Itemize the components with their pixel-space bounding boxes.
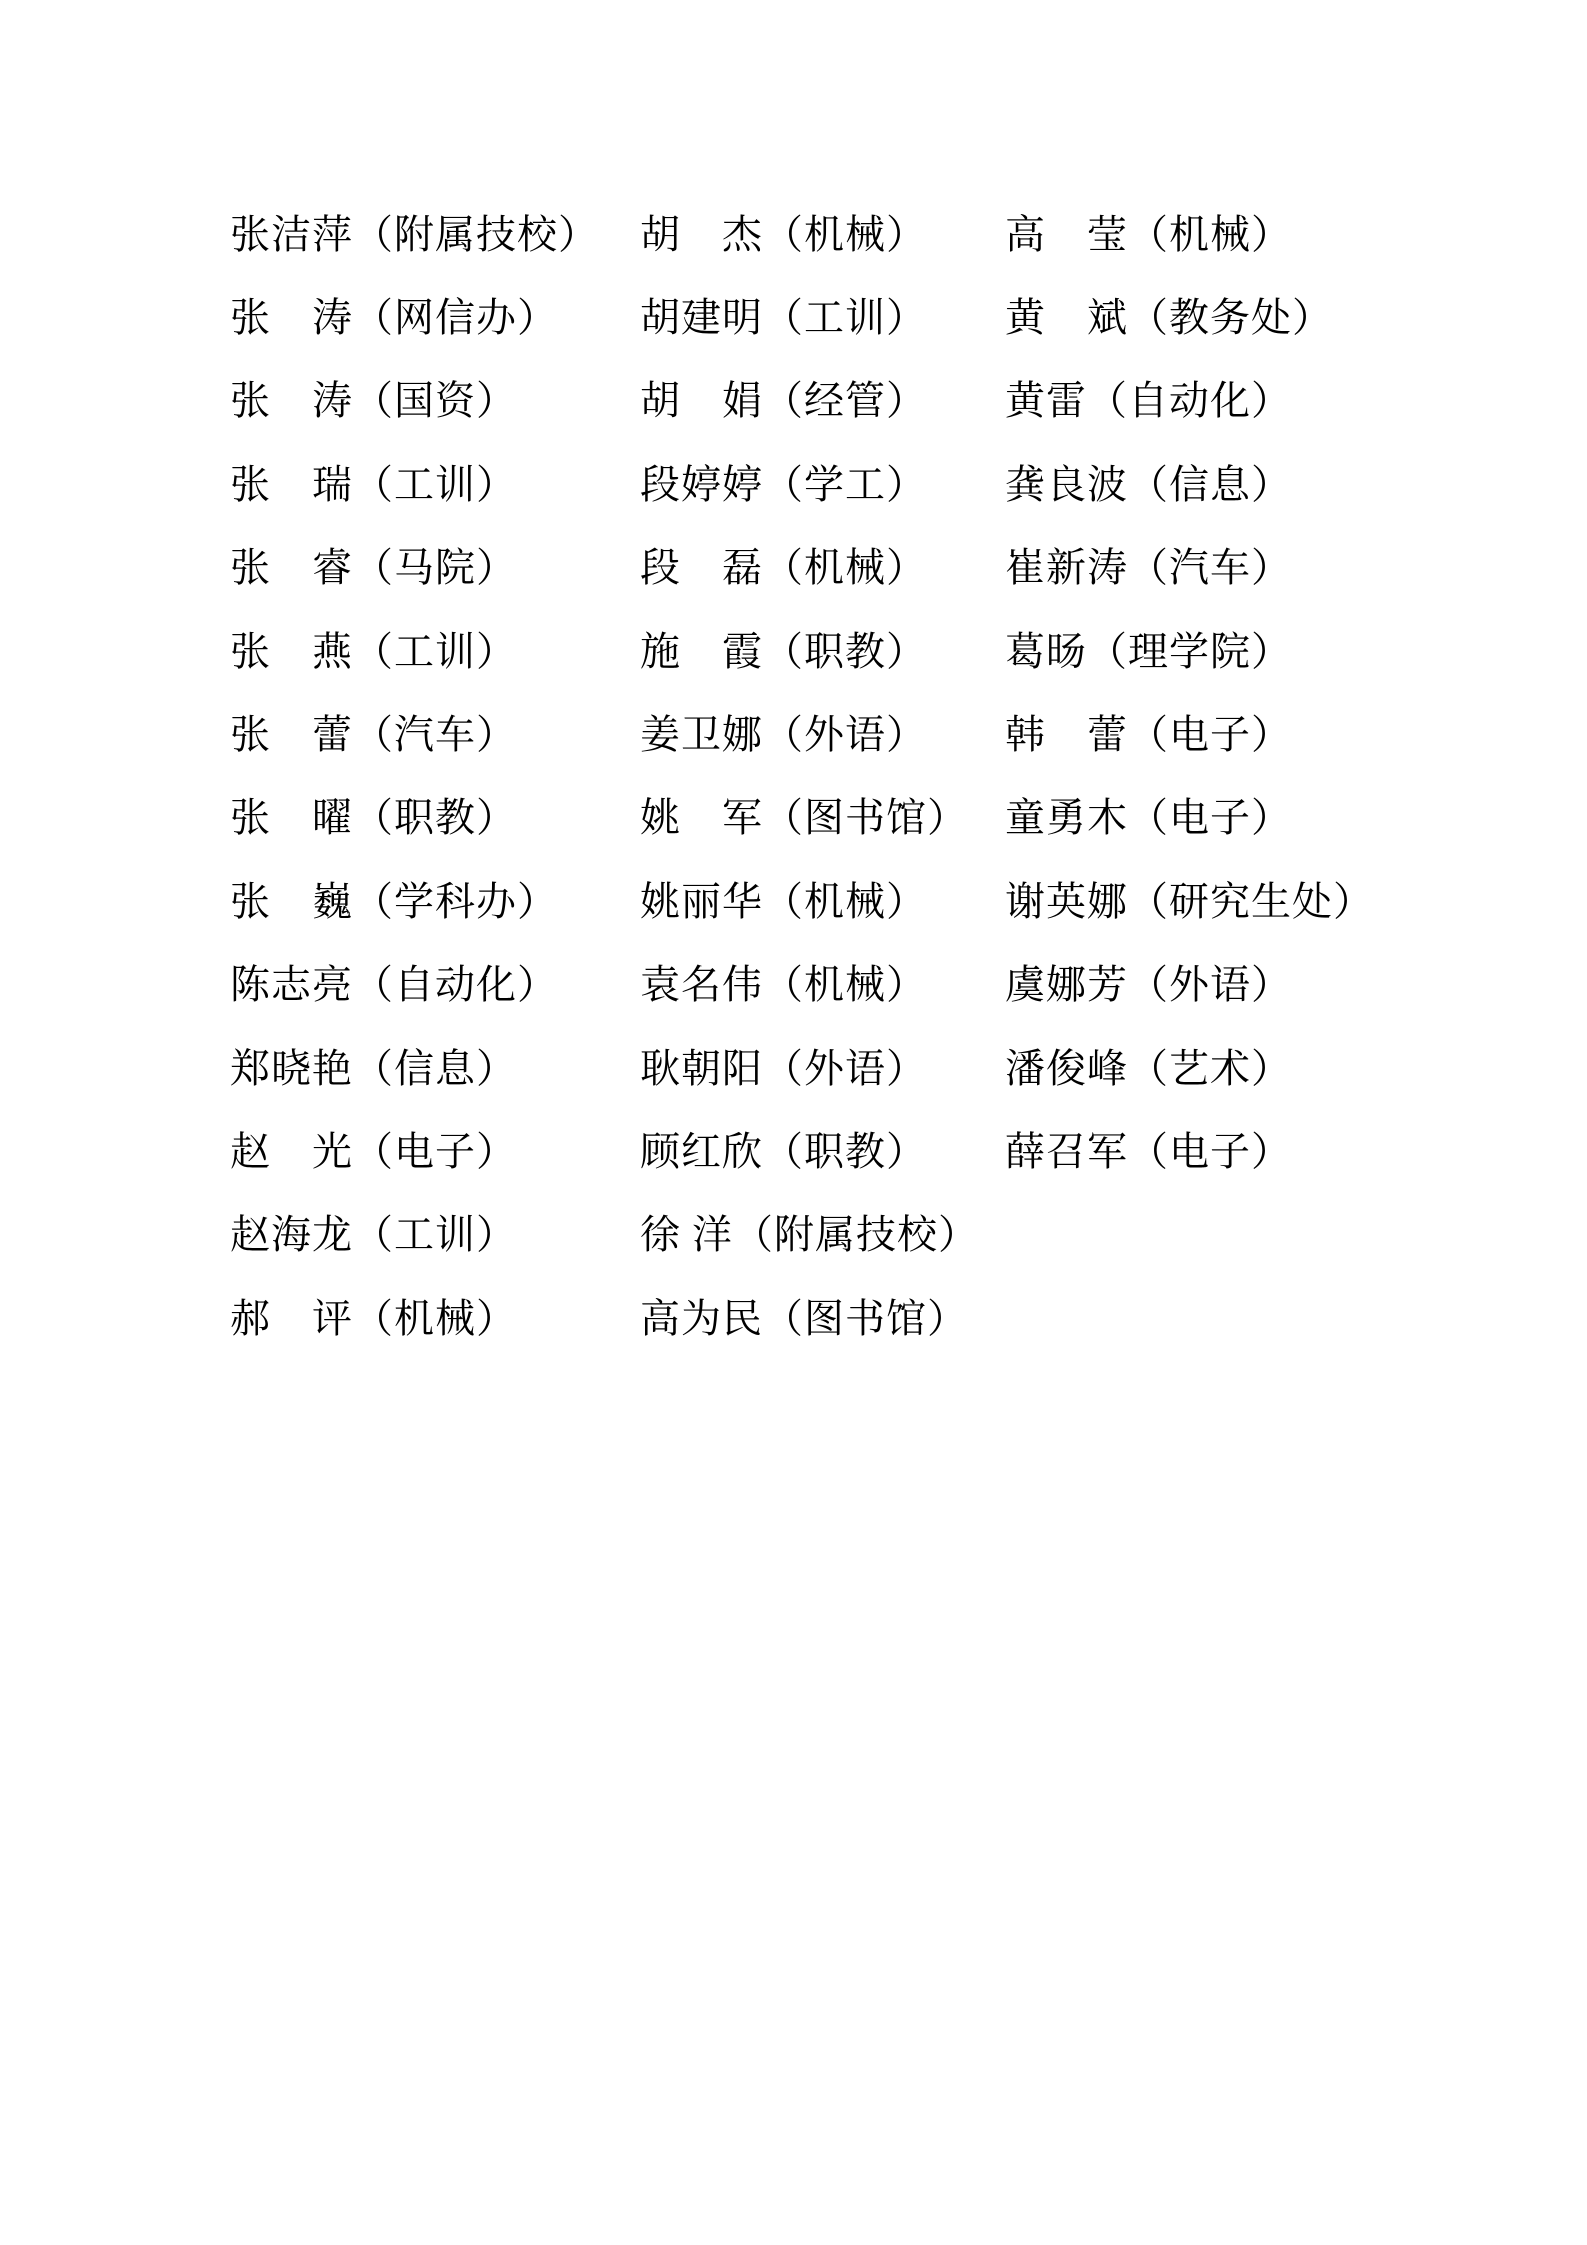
roster-entry: 高为民（图书馆） — [640, 1299, 1005, 1339]
roster-entry: 张 睿（马院） — [230, 548, 640, 588]
roster-entry: 徐 洋（附属技校） — [640, 1215, 1005, 1255]
roster-entry: 胡建明（工训） — [640, 298, 1005, 338]
roster-row: 张 涛（国资）胡 娟（经管）黄雷（自动化） — [230, 360, 1587, 443]
roster-entry: 张 涛（网信办） — [230, 298, 640, 338]
roster-entry: 郝 评（机械） — [230, 1299, 640, 1339]
roster-entry: 郑晓艳（信息） — [230, 1049, 640, 1089]
roster-entry: 龚良波（信息） — [1005, 465, 1292, 505]
roster-row: 张 燕（工训）施 霞（职教）葛旸（理学院） — [230, 610, 1587, 693]
roster-row: 张 蕾（汽车）姜卫娜（外语）韩 蕾（电子） — [230, 693, 1587, 776]
roster-entry: 虞娜芳（外语） — [1005, 965, 1292, 1005]
roster-row: 张 涛（网信办）胡建明（工训）黄 斌（教务处） — [230, 276, 1587, 359]
roster-entry: 张 燕（工训） — [230, 632, 640, 672]
roster-entry: 潘俊峰（艺术） — [1005, 1049, 1292, 1089]
roster-entry: 张 瑞（工训） — [230, 465, 640, 505]
roster-entry: 薛召军（电子） — [1005, 1132, 1292, 1172]
roster-entry: 姚丽华（机械） — [640, 882, 1005, 922]
roster-row: 赵 光（电子）顾红欣（职教）薛召军（电子） — [230, 1110, 1587, 1193]
roster-entry: 姜卫娜（外语） — [640, 715, 1005, 755]
document-page: 张洁萍（附属技校）胡 杰（机械）高 莹（机械）张 涛（网信办）胡建明（工训）黄 … — [0, 0, 1587, 2245]
roster-entry: 张 蕾（汽车） — [230, 715, 640, 755]
roster-row: 赵海龙（工训）徐 洋（附属技校） — [230, 1194, 1587, 1277]
roster-entry: 施 霞（职教） — [640, 632, 1005, 672]
roster-row: 陈志亮（自动化）袁名伟（机械）虞娜芳（外语） — [230, 944, 1587, 1027]
roster-entry: 高 莹（机械） — [1005, 215, 1292, 255]
roster-entry: 段婷婷（学工） — [640, 465, 1005, 505]
roster-row: 张 瑞（工训）段婷婷（学工）龚良波（信息） — [230, 443, 1587, 526]
roster-entry: 张 涛（国资） — [230, 381, 640, 421]
roster-entry: 黄雷（自动化） — [1005, 381, 1292, 421]
roster-entry: 崔新涛（汽车） — [1005, 548, 1292, 588]
roster-entry: 姚 军（图书馆） — [640, 798, 1005, 838]
roster-entry: 童勇木（电子） — [1005, 798, 1292, 838]
roster-row: 张 睿（马院）段 磊（机械）崔新涛（汽车） — [230, 527, 1587, 610]
roster-entry: 胡 杰（机械） — [640, 215, 1005, 255]
roster-entry: 韩 蕾（电子） — [1005, 715, 1292, 755]
roster-entry: 赵 光（电子） — [230, 1132, 640, 1172]
roster-row: 郑晓艳（信息）耿朝阳（外语）潘俊峰（艺术） — [230, 1027, 1587, 1110]
roster-entry: 胡 娟（经管） — [640, 381, 1005, 421]
roster-row: 张 曜（职教）姚 军（图书馆）童勇木（电子） — [230, 777, 1587, 860]
name-roster: 张洁萍（附属技校）胡 杰（机械）高 莹（机械）张 涛（网信办）胡建明（工训）黄 … — [230, 193, 1587, 1360]
roster-entry: 段 磊（机械） — [640, 548, 1005, 588]
roster-entry: 葛旸（理学院） — [1005, 632, 1292, 672]
roster-entry: 耿朝阳（外语） — [640, 1049, 1005, 1089]
roster-row: 张洁萍（附属技校）胡 杰（机械）高 莹（机械） — [230, 193, 1587, 276]
roster-entry: 张洁萍（附属技校） — [230, 215, 640, 255]
roster-entry: 黄 斌（教务处） — [1005, 298, 1333, 338]
roster-entry: 顾红欣（职教） — [640, 1132, 1005, 1172]
roster-entry: 赵海龙（工训） — [230, 1215, 640, 1255]
roster-entry: 袁名伟（机械） — [640, 965, 1005, 1005]
roster-entry: 谢英娜（研究生处） — [1005, 882, 1374, 922]
roster-entry: 张 曜（职教） — [230, 798, 640, 838]
roster-row: 郝 评（机械）高为民（图书馆） — [230, 1277, 1587, 1360]
roster-entry: 陈志亮（自动化） — [230, 965, 640, 1005]
roster-entry: 张 巍（学科办） — [230, 882, 640, 922]
roster-row: 张 巍（学科办）姚丽华（机械）谢英娜（研究生处） — [230, 860, 1587, 943]
